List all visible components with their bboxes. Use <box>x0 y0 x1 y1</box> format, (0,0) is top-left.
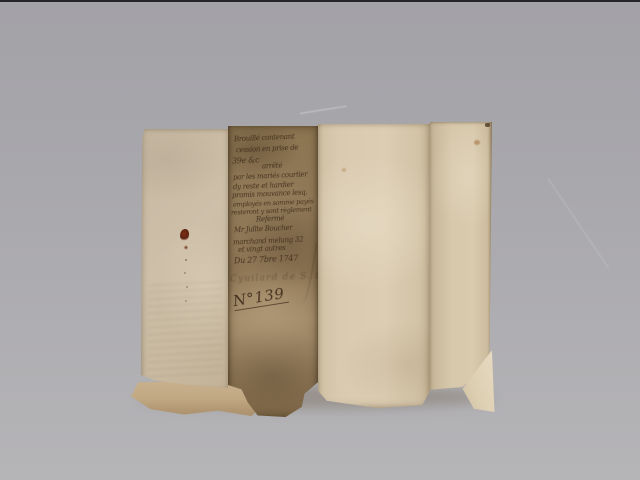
manuscript-line: 39e &c <box>232 156 260 165</box>
surface-scratch <box>548 178 609 268</box>
ink-stain-drip <box>184 245 188 250</box>
surface-scratch <box>300 106 347 114</box>
document-panel-writing: Brouillé contenant cession en prise de 3… <box>228 126 318 417</box>
foxing-spot <box>342 168 346 172</box>
document-panel-left <box>140 129 228 388</box>
ink-stain <box>180 229 189 241</box>
photo-top-edge <box>0 0 640 2</box>
manuscript-line: et vingt autres <box>238 245 286 254</box>
manuscript-line: Refermé <box>256 215 284 223</box>
corner-wear-mark <box>485 123 490 127</box>
manuscript-line: par les mariés courtier <box>233 171 308 181</box>
document-panel-fold-4 <box>430 122 492 398</box>
manuscript-line: cession en prise de <box>236 145 299 155</box>
foxing-spot <box>474 140 480 145</box>
photo-of-manuscript: Brouillé contenant cession en prise de 3… <box>0 0 640 480</box>
document-number: N°139 <box>232 286 289 311</box>
manuscript-line: Mr Jullte Boucher <box>234 225 293 235</box>
manuscript-line: Brouillé contenant <box>234 134 295 144</box>
manuscript-line: arrêté <box>262 163 282 171</box>
document-panel-fold-3 <box>318 124 430 408</box>
manuscript-date-line: Du 27 7bre 1747 <box>234 255 298 266</box>
ink-speckles <box>185 259 187 261</box>
ink-show-through <box>148 279 222 379</box>
